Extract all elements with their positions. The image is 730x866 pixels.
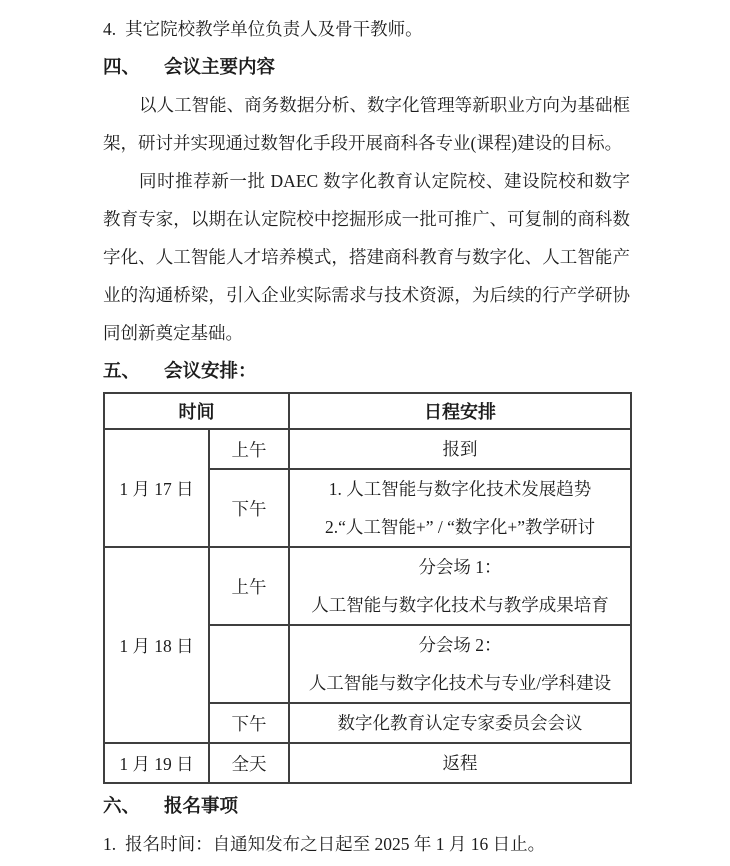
list-item-4: 4.其它院校教学单位负责人及骨干教师。: [103, 10, 630, 48]
table-row: 1 月 18 日 上午 分会场 1： 人工智能与数字化技术与教学成果培育: [104, 547, 631, 625]
agenda-line: 分会场 2：: [290, 626, 630, 664]
heading-number: 六、: [103, 795, 140, 816]
agenda-cell: 报到: [289, 429, 631, 469]
date-cell: 1 月 18 日: [104, 547, 209, 743]
period-cell: 上午: [209, 429, 289, 469]
date-cell: 1 月 19 日: [104, 743, 209, 783]
section-heading-six: 六、报名事项: [103, 787, 630, 825]
text-line: 教育专家，以期在认定院校中挖掘形成一批可推广、可复制的商科数: [103, 200, 630, 238]
schedule-header-agenda: 日程安排: [289, 393, 631, 429]
schedule-table: 时间 日程安排 1 月 17 日 上午 报到 下午 1. 人工智能与数字化技术发…: [103, 392, 632, 784]
agenda-line: 返程: [290, 744, 630, 782]
document-page: 4.其它院校教学单位负责人及骨干教师。 四、会议主要内容 以人工智能、商务数据分…: [0, 0, 730, 863]
agenda-cell: 分会场 1： 人工智能与数字化技术与教学成果培育: [289, 547, 631, 625]
list-item-number: 1.: [103, 834, 116, 854]
agenda-line: 报到: [290, 430, 630, 468]
paragraph-main-content-1: 以人工智能、商务数据分析、数字化管理等新职业方向为基础框 架，研讨并实现通过数智…: [103, 86, 630, 162]
list-item-number: 4.: [103, 19, 116, 39]
section-heading-five: 五、会议安排：: [103, 352, 630, 390]
schedule-header-time: 时间: [104, 393, 289, 429]
period-cell: 上午: [209, 547, 289, 625]
table-row: 1 月 19 日 全天 返程: [104, 743, 631, 783]
text-line: 同时推荐新一批 DAEC 数字化教育认定院校、建设院校和数字化: [103, 162, 630, 200]
heading-number: 四、: [103, 56, 140, 77]
list-item-text: 报名时间：自通知发布之日起至 2025 年 1 月 16 日止。: [125, 834, 545, 854]
agenda-line: 分会场 1：: [290, 548, 630, 586]
agenda-line: 人工智能与数字化技术与教学成果培育: [290, 586, 630, 624]
period-cell: 全天: [209, 743, 289, 783]
agenda-line: 2.“人工智能+” / “数字化+”教学研讨: [290, 508, 630, 546]
agenda-cell: 分会场 2： 人工智能与数字化技术与专业/学科建设: [289, 625, 631, 703]
text-line: 业的沟通桥梁，引入企业实际需求与技术资源，为后续的行产学研协: [103, 276, 630, 314]
heading-number: 五、: [103, 360, 140, 381]
date-cell: 1 月 17 日: [104, 429, 209, 547]
agenda-cell: 1. 人工智能与数字化技术发展趋势 2.“人工智能+” / “数字化+”教学研讨: [289, 469, 631, 547]
text-line: 架，研讨并实现通过数智化手段开展商科各专业(课程)建设的目标。: [103, 124, 630, 162]
list-item-1: 1.报名时间：自通知发布之日起至 2025 年 1 月 16 日止。: [103, 825, 630, 863]
table-row: 1 月 17 日 上午 报到: [104, 429, 631, 469]
list-item-text: 其它院校教学单位负责人及骨干教师。: [125, 19, 423, 39]
period-cell: 下午: [209, 703, 289, 743]
heading-title: 报名事项: [164, 795, 238, 816]
schedule-header-row: 时间 日程安排: [104, 393, 631, 429]
period-cell: 下午: [209, 469, 289, 547]
text-line: 同创新奠定基础。: [103, 314, 630, 352]
agenda-line: 人工智能与数字化技术与专业/学科建设: [290, 664, 630, 702]
paragraph-main-content-2: 同时推荐新一批 DAEC 数字化教育认定院校、建设院校和数字化 教育专家，以期在…: [103, 162, 630, 352]
agenda-line: 数字化教育认定专家委员会会议: [290, 704, 630, 742]
text-line: 以人工智能、商务数据分析、数字化管理等新职业方向为基础框: [103, 86, 630, 124]
agenda-line: 1. 人工智能与数字化技术发展趋势: [290, 470, 630, 508]
agenda-cell: 返程: [289, 743, 631, 783]
text-line: 字化、人工智能人才培养模式，搭建商科教育与数字化、人工智能产: [103, 238, 630, 276]
agenda-cell: 数字化教育认定专家委员会会议: [289, 703, 631, 743]
period-cell: [209, 625, 289, 703]
heading-title: 会议主要内容: [164, 56, 275, 77]
section-heading-four: 四、会议主要内容: [103, 48, 630, 86]
heading-title: 会议安排：: [164, 360, 257, 381]
